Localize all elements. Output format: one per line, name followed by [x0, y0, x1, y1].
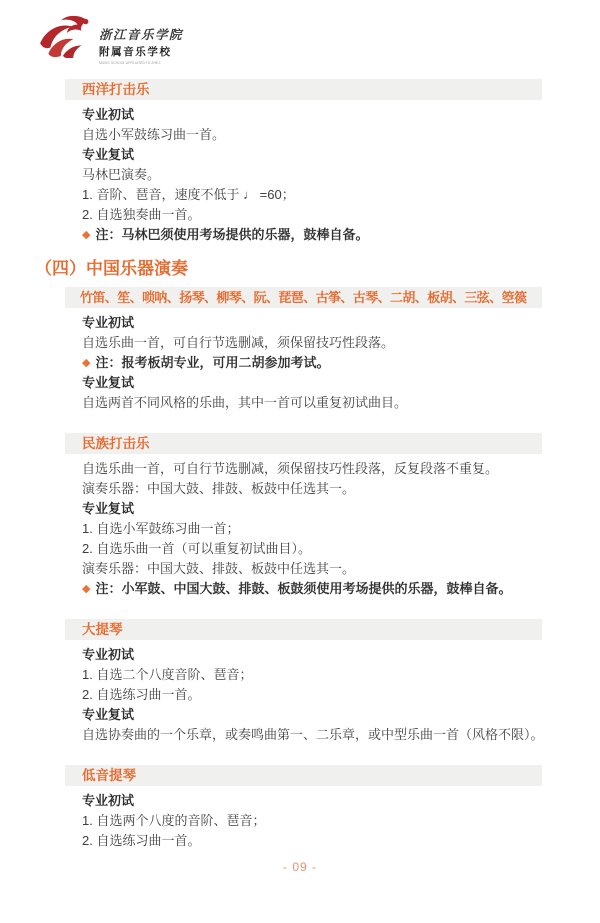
school-name-sub: 附属音乐学校 [99, 44, 183, 59]
section-header: 民族打击乐 [65, 433, 542, 454]
section-header: 大提琴 [65, 619, 542, 640]
section-line-body: 2. 自选乐曲一首（可以重复初试曲目）。 [65, 539, 542, 559]
section-header: 西洋打击乐 [65, 79, 542, 100]
section-line-body: 自选乐曲一首，可自行节选删减，须保留技巧性段落，反复段落不重复。 [65, 459, 542, 479]
section-line-body: 演奏乐器：中国大鼓、排鼓、板鼓中任选其一。 [65, 559, 542, 579]
school-name-block: 浙江音乐学院 附属音乐学校 MUSIC SCHOOL AFFILIATED TO… [99, 12, 183, 65]
note-text: 注：小军鼓、中国大鼓、排鼓、板鼓须使用考场提供的乐器，鼓棒自备。 [95, 581, 511, 596]
section-line-note: ◆注：马林巴须使用考场提供的乐器，鼓棒自备。 [65, 225, 542, 245]
section-line-subhead: 专业初试 [65, 645, 542, 665]
section: 大提琴专业初试1. 自选二个八度音阶、琶音；2. 自选练习曲一首。专业复试自选协… [65, 619, 542, 745]
section-line-note: ◆注：小军鼓、中国大鼓、排鼓、板鼓须使用考场提供的乐器，鼓棒自备。 [65, 579, 542, 599]
phoenix-logo-icon [36, 12, 94, 58]
section-line-body: 自选小军鼓练习曲一首。 [65, 125, 542, 145]
section-line-body: 演奏乐器：中国大鼓、排鼓、板鼓中任选其一。 [65, 479, 542, 499]
section-line-subhead: 专业初试 [65, 105, 542, 125]
section-line-body: 2. 自选练习曲一首。 [65, 685, 542, 705]
section-header: 低音提琴 [65, 765, 542, 786]
school-logo: 浙江音乐学院 附属音乐学校 MUSIC SCHOOL AFFILIATED TO… [36, 12, 183, 65]
section-line-subhead: 专业复试 [65, 145, 542, 165]
school-name-cn: 浙江音乐学院 [99, 25, 183, 43]
section: 民族打击乐自选乐曲一首，可自行节选删减，须保留技巧性段落，反复段落不重复。演奏乐… [65, 433, 542, 599]
section-line-subhead: 专业初试 [65, 791, 542, 811]
section-line-body: 1. 自选二个八度音阶、琶音； [65, 665, 542, 685]
section-line-body: 2. 自选独奏曲一首。 [65, 205, 542, 225]
section-line-subhead: 专业初试 [65, 313, 542, 333]
section-line-body: 1. 自选小军鼓练习曲一首； [65, 519, 542, 539]
section-header: 竹笛、笙、唢呐、扬琴、柳琴、阮、琵琶、古筝、古琴、二胡、板胡、三弦、箜篌 [65, 287, 542, 308]
section-line-body: 自选乐曲一首，可自行节选删减，须保留技巧性段落。 [65, 333, 542, 353]
content: 西洋打击乐专业初试自选小军鼓练习曲一首。专业复试马林巴演奏。1. 音阶、琶音，速… [65, 79, 542, 871]
note-text: 注：报考板胡专业，可用二胡参加考试。 [95, 355, 329, 370]
section-line-body: 自选协奏曲的一个乐章，或奏鸣曲第一、二乐章，或中型乐曲一首（风格不限）。 [65, 725, 542, 745]
note-text: 注：马林巴须使用考场提供的乐器，鼓棒自备。 [95, 227, 368, 242]
section: 竹笛、笙、唢呐、扬琴、柳琴、阮、琵琶、古筝、古琴、二胡、板胡、三弦、箜篌专业初试… [65, 287, 542, 413]
note-diamond-icon: ◆ [82, 583, 90, 595]
section-line-subhead: 专业复试 [65, 373, 542, 393]
page-number: - 09 - [0, 860, 600, 874]
section: 低音提琴专业初试1. 自选两个八度的音阶、琶音；2. 自选练习曲一首。 [65, 765, 542, 851]
section-line-body: 自选两首不同风格的乐曲，其中一首可以重复初试曲目。 [65, 393, 542, 413]
document-page: 浙江音乐学院 附属音乐学校 MUSIC SCHOOL AFFILIATED TO… [0, 0, 600, 923]
section: 西洋打击乐专业初试自选小军鼓练习曲一首。专业复试马林巴演奏。1. 音阶、琶音，速… [65, 79, 542, 245]
section-line-subhead: 专业复试 [65, 499, 542, 519]
note-diamond-icon: ◆ [82, 229, 90, 241]
chapter-heading: （四）中国乐器演奏 [35, 257, 542, 281]
section-line-body: 1. 音阶、琶音，速度不低于 ♩ =60； [65, 185, 542, 205]
section-line-body: 1. 自选两个八度的音阶、琶音； [65, 811, 542, 831]
section-line-subhead: 专业复试 [65, 705, 542, 725]
section-line-body: 2. 自选练习曲一首。 [65, 831, 542, 851]
section-line-body: 马林巴演奏。 [65, 165, 542, 185]
note-diamond-icon: ◆ [82, 357, 90, 369]
school-name-en: MUSIC SCHOOL AFFILIATED TO ZHEJIANG CONS… [99, 60, 160, 65]
section-line-note: ◆注：报考板胡专业，可用二胡参加考试。 [65, 353, 542, 373]
